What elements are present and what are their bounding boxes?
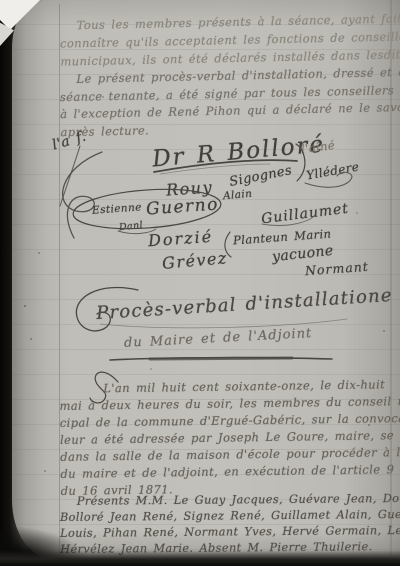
book-bottom-edge [0, 550, 400, 566]
paragraph-act-body: L'an mil huit cent soixante-onze, le dix… [59, 375, 400, 500]
paragraph-attendance-list: Présents M.M. Le Guay Jacques, Guévare J… [60, 490, 400, 558]
paper-specks [0, 0, 2, 2]
paragraph-installation-declaration: Tous les membres présents à la séance, a… [59, 7, 400, 70]
signature-alain: Alain [223, 188, 253, 203]
paragraph-proces-verbal-signed: Le présent procès-verbal d'installation,… [59, 63, 400, 141]
scanned-register-page: Tous les membres présents à la séance, a… [0, 0, 400, 566]
